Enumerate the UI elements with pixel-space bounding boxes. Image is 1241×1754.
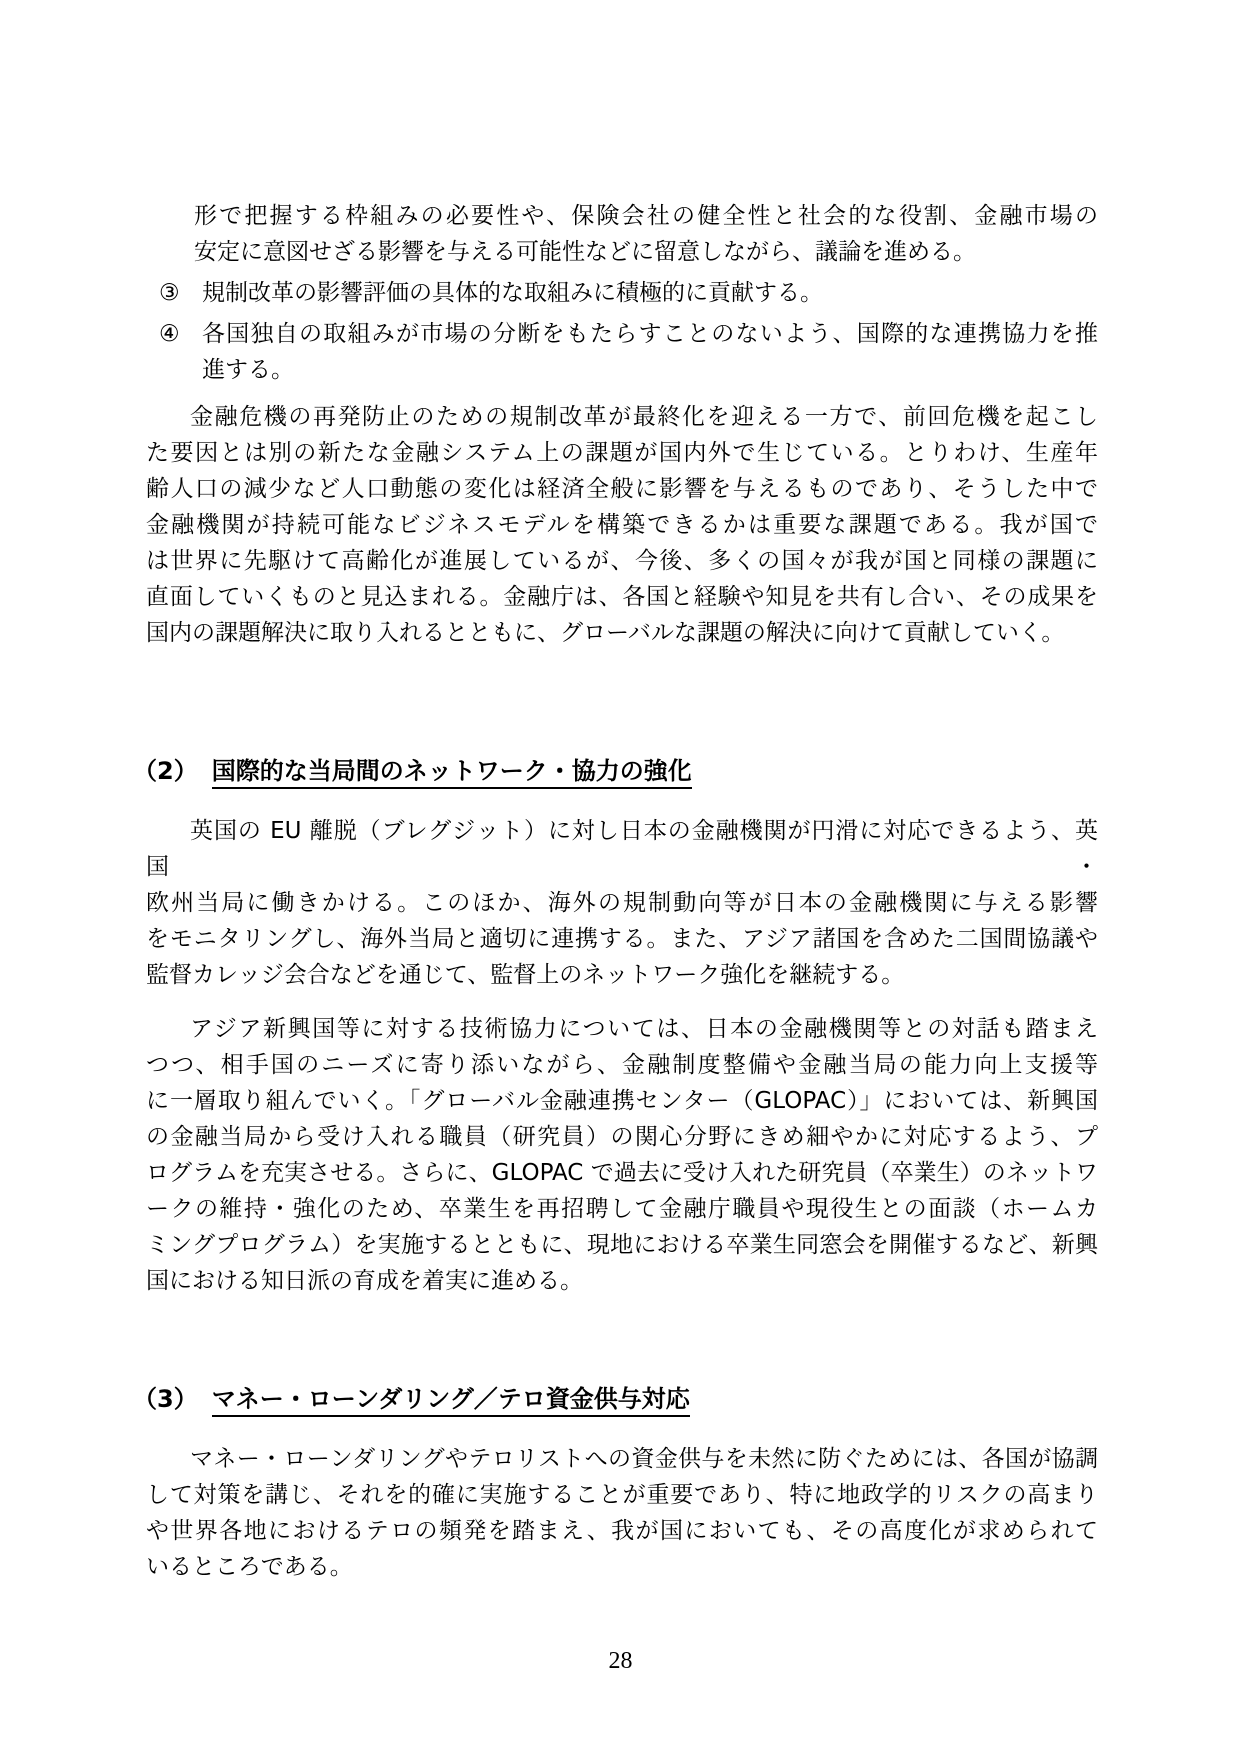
paragraph-asia-glopac: アジア新興国等に対する技術協力については、日本の金融機関等との対話も踏まえつつ、… [146, 1011, 1098, 1299]
section-2-number: （2） [133, 757, 198, 785]
text-line: 形で把握する枠組みの必要性や、保険会社の健全性と社会的な役割、金融市場の [194, 198, 1098, 234]
text-line: 金融危機の再発防止のための規制改革が最終化を迎える一方で、前回危機を起こし [146, 399, 1098, 435]
text-line: 齢人口の減少など人口動態の変化は経済全般に影響を与えるものであり、そうした中で [146, 471, 1098, 507]
paragraph-aml-cft: マネー・ローンダリングやテロリストへの資金供与を未然に防ぐためには、各国が協調し… [146, 1441, 1098, 1585]
circled-number-4: ④ [146, 316, 202, 388]
text-line: ークの維持・強化のため、卒業生を再招聘して金融庁職員や現役生との面談（ホームカ [146, 1191, 1098, 1227]
text-line: の金融当局から受け入れる職員（研究員）の関心分野にきめ細やかに対応するよう、プ [146, 1119, 1098, 1155]
item2-continuation-text: 形で把握する枠組みの必要性や、保険会社の健全性と社会的な役割、金融市場の安定に意… [146, 198, 1098, 270]
text-line: に一層取り組んでいく。「グローバル金融連携センター（GLOPAC）」においては、… [146, 1083, 1098, 1119]
text-line: マネー・ローンダリングやテロリストへの資金供与を未然に防ぐためには、各国が協調 [146, 1441, 1098, 1477]
text-line: 安定に意図せざる影響を与える可能性などに留意しながら、議論を進める。 [194, 234, 1098, 270]
text-line: は世界に先駆けて高齢化が進展しているが、今後、多くの国々が我が国と同様の課題に [146, 543, 1098, 579]
text-line: た要因とは別の新たな金融システム上の課題が国内外で生じている。とりわけ、生産年 [146, 435, 1098, 471]
text-line: 国における知日派の育成を着実に進める。 [146, 1263, 1098, 1299]
text-line: 規制改革の影響評価の具体的な取組みに積極的に貢献する。 [202, 275, 1098, 311]
text-line: 各国独自の取組みが市場の分断をもたらすことのないよう、国際的な連携協力を推 [202, 316, 1098, 352]
paragraph-brexit-cooperation: 英国の EU 離脱（ブレグジット）に対し日本の金融機関が円滑に対応できるよう、英… [146, 813, 1098, 993]
section-3-title: マネー・ローンダリング／テロ資金供与対応 [212, 1385, 690, 1417]
text-line: や世界各地におけるテロの頻発を踏まえ、我が国においても、その高度化が求められて [146, 1513, 1098, 1549]
text-line: 英国の EU 離脱（ブレグジット）に対し日本の金融機関が円滑に対応できるよう、英… [146, 813, 1098, 885]
text-line: 監督カレッジ会合などを通じて、監督上のネットワーク強化を継続する。 [146, 957, 1098, 993]
page-body: 形で把握する枠組みの必要性や、保険会社の健全性と社会的な役割、金融市場の安定に意… [146, 198, 1098, 1585]
text-line: ミングプログラム）を実施するとともに、現地における卒業生同窓会を開催するなど、新… [146, 1227, 1098, 1263]
text-line: ログラムを充実させる。さらに、GLOPAC で過去に受け入れた研究員（卒業生）の… [146, 1155, 1098, 1191]
text-line: つつ、相手国のニーズに寄り添いながら、金融制度整備や金融当局の能力向上支援等 [146, 1047, 1098, 1083]
section-2-title: 国際的な当局間のネットワーク・協力の強化 [212, 757, 692, 789]
page-number: 28 [0, 1648, 1241, 1675]
text-line: 欧州当局に働きかける。このほか、海外の規制動向等が日本の金融機関に与える影響 [146, 885, 1098, 921]
list-item-3-text: 規制改革の影響評価の具体的な取組みに積極的に貢献する。 [202, 275, 1098, 311]
list-item-4: ④ 各国独自の取組みが市場の分断をもたらすことのないよう、国際的な連携協力を推進… [146, 316, 1098, 388]
text-line: して対策を講じ、それを的確に実施することが重要であり、特に地政学的リスクの高まり [146, 1477, 1098, 1513]
text-line: 金融機関が持続可能なビジネスモデルを構築できるかは重要な課題である。我が国で [146, 507, 1098, 543]
section-3-number: （3） [133, 1385, 198, 1413]
list-item-3: ③ 規制改革の影響評価の具体的な取組みに積極的に貢献する。 [146, 275, 1098, 311]
list-item-4-text: 各国独自の取組みが市場の分断をもたらすことのないよう、国際的な連携協力を推進する… [202, 316, 1098, 388]
text-line: 直面していくものと見込まれる。金融庁は、各国と経験や知見を共有し合い、その成果を [146, 579, 1098, 615]
text-line: アジア新興国等に対する技術協力については、日本の金融機関等との対話も踏まえ [146, 1011, 1098, 1047]
paragraph-financial-crisis-reform: 金融危機の再発防止のための規制改革が最終化を迎える一方で、前回危機を起こした要因… [146, 399, 1098, 651]
text-line: 国内の課題解決に取り入れるとともに、グローバルな課題の解決に向けて貢献していく。 [146, 615, 1098, 651]
text-line: いるところである。 [146, 1549, 1098, 1585]
section-heading-2: （2）国際的な当局間のネットワーク・協力の強化 [133, 751, 1098, 791]
text-line: 進する。 [202, 352, 1098, 388]
document-page: 形で把握する枠組みの必要性や、保険会社の健全性と社会的な役割、金融市場の安定に意… [0, 0, 1241, 1754]
circled-number-3: ③ [146, 275, 202, 311]
text-line: をモニタリングし、海外当局と適切に連携する。また、アジア諸国を含めた二国間協議や [146, 921, 1098, 957]
section-heading-3: （3）マネー・ローンダリング／テロ資金供与対応 [133, 1379, 1098, 1419]
